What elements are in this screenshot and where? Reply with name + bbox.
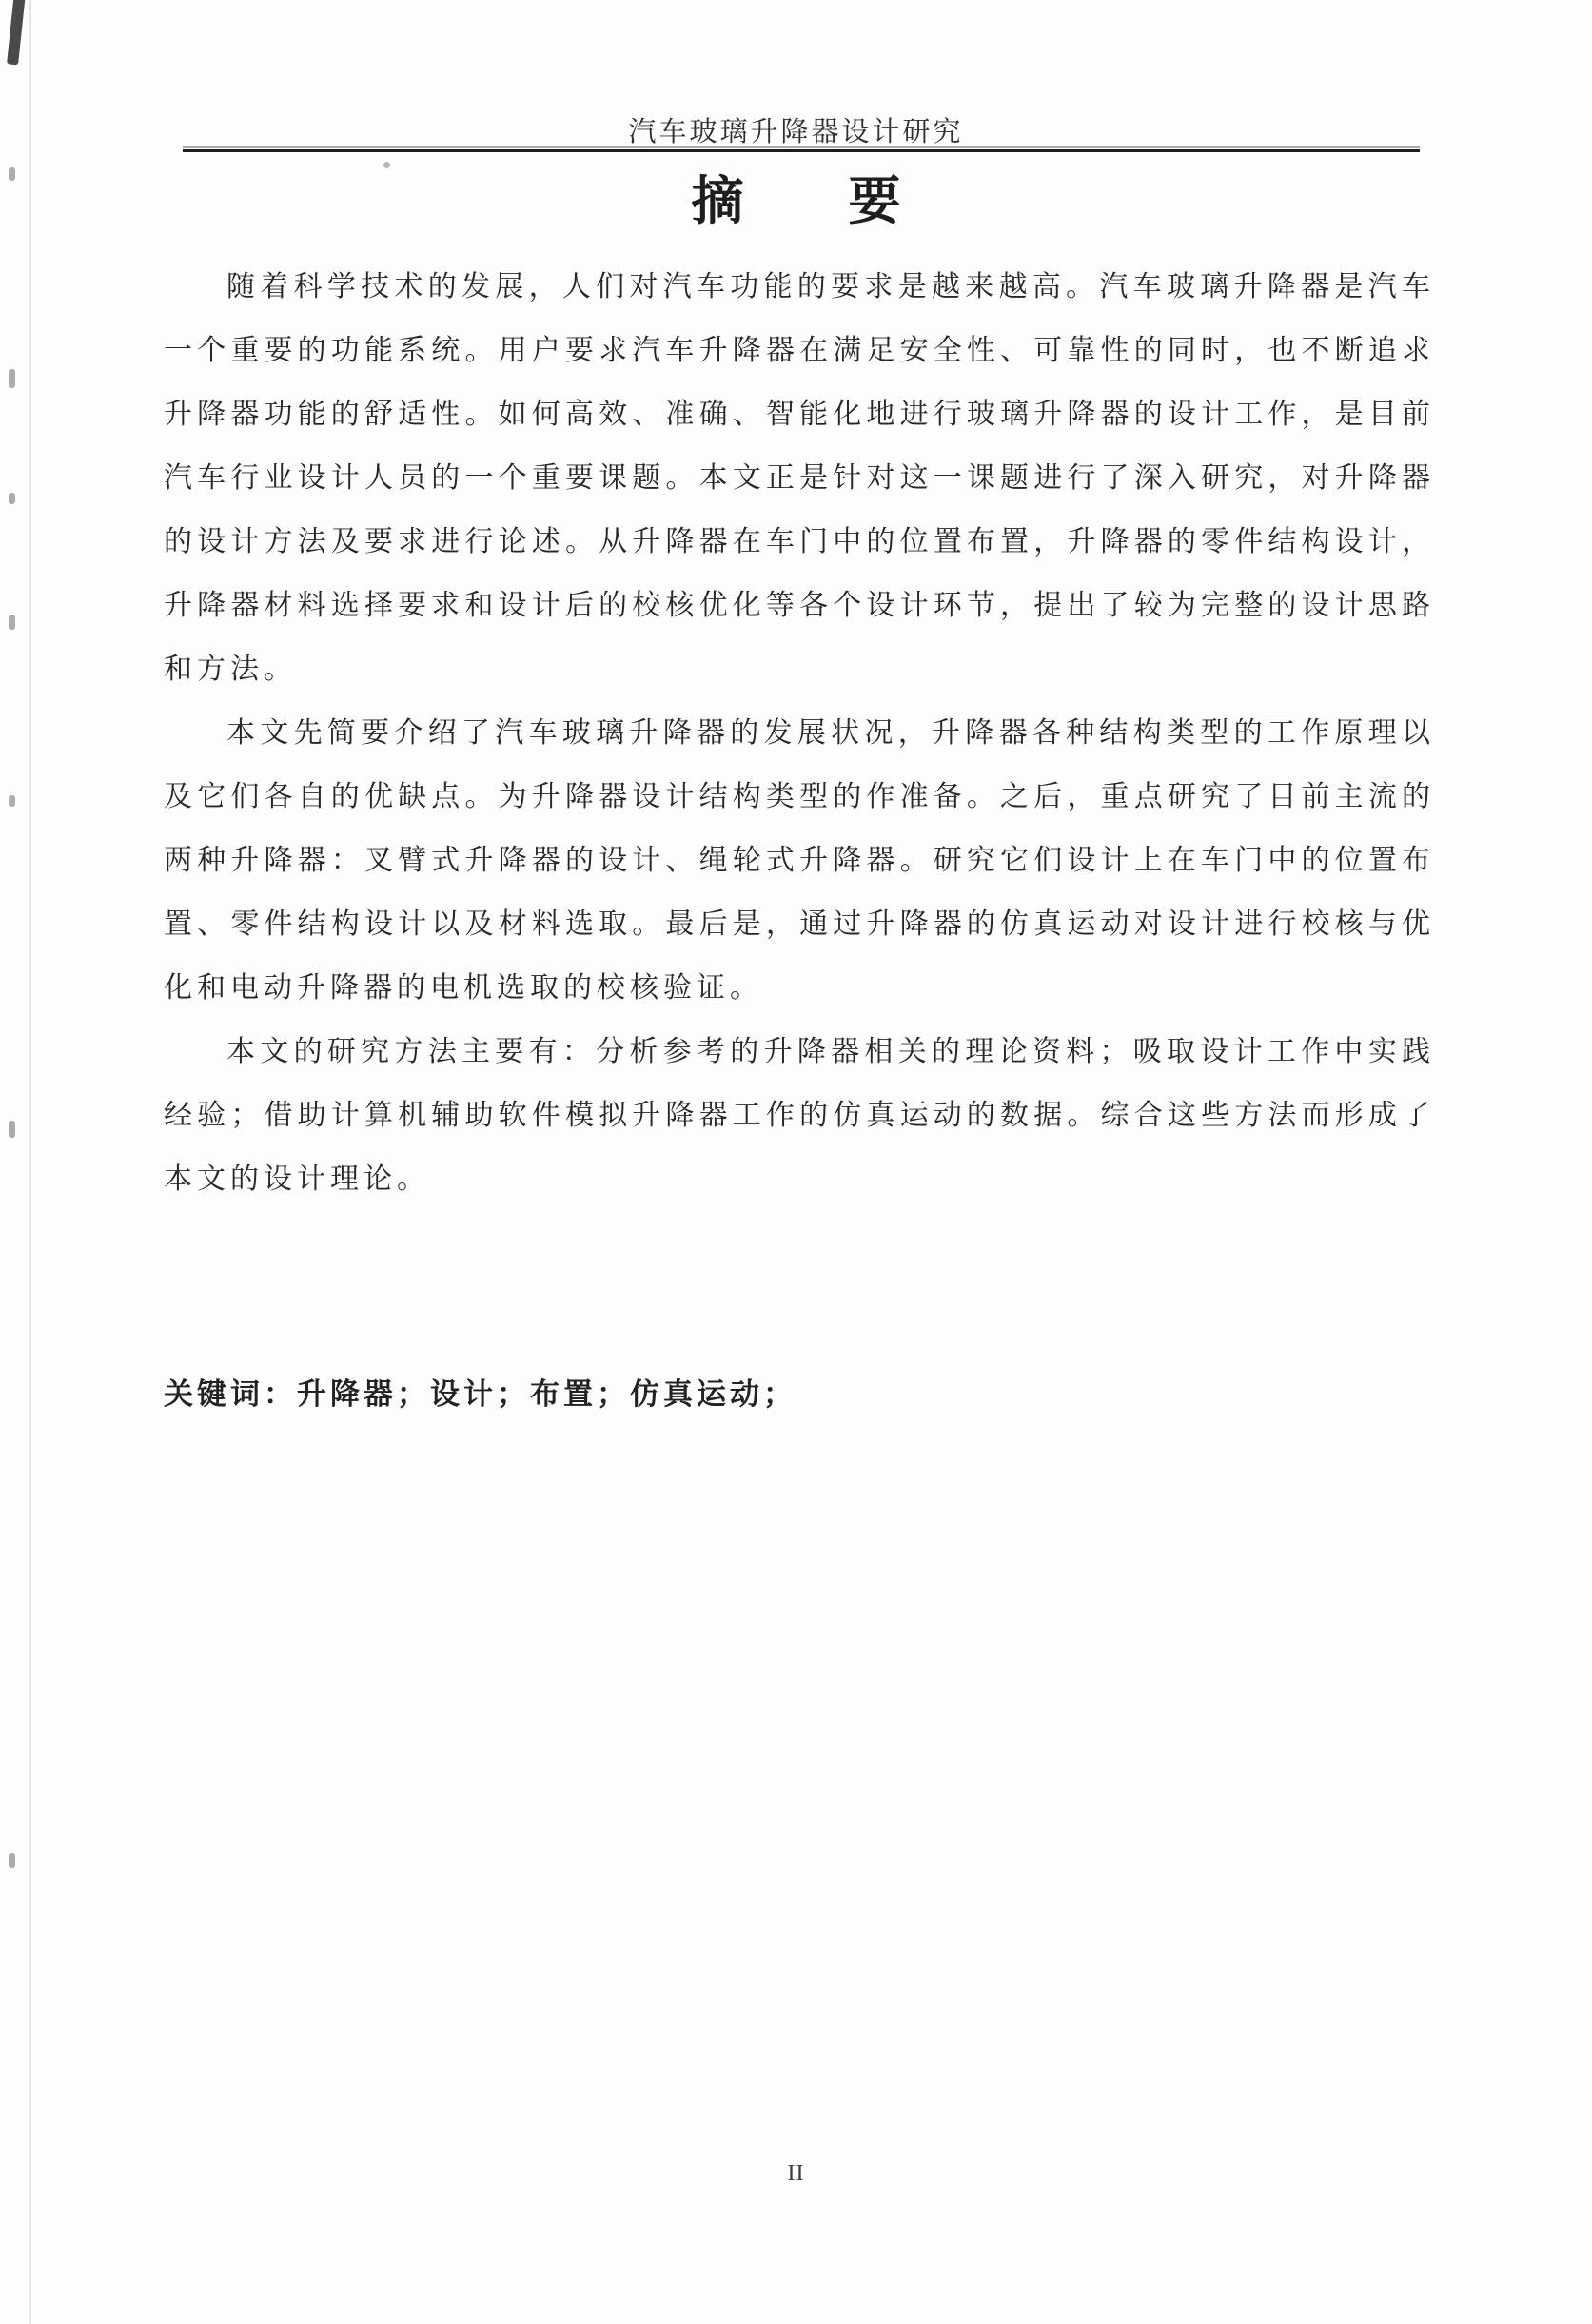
running-header: 汽车玻璃升降器设计研究 [0, 110, 1592, 149]
page-title: 摘 要 [0, 167, 1592, 236]
scan-artifact [9, 615, 15, 630]
page-number: II [0, 2161, 1592, 2187]
scan-artifact [9, 795, 15, 807]
scan-artifact [7, 0, 26, 65]
scan-artifact [9, 1121, 15, 1138]
abstract-body: 随着科学技术的发展，人们对汽车功能的要求是越来越高。汽车玻璃升降器是汽车一个重要… [164, 255, 1435, 1211]
document-page: 汽车玻璃升降器设计研究 摘 要 随着科学技术的发展，人们对汽车功能的要求是越来越… [0, 0, 1592, 2324]
abstract-paragraph: 本文先简要介绍了汽车玻璃升降器的发展状况，升降器各种结构类型的工作原理以及它们各… [164, 701, 1435, 1020]
scan-artifact [29, 0, 31, 2324]
scan-artifact [9, 493, 15, 504]
header-rule [183, 146, 1420, 152]
header-rule-line-top [183, 146, 1420, 148]
header-rule-line-bottom [183, 149, 1420, 152]
scan-artifact [9, 369, 15, 388]
scan-artifact [9, 1853, 15, 1868]
abstract-paragraph: 本文的研究方法主要有：分析参考的升降器相关的理论资料；吸取设计工作中实践经验；借… [164, 1020, 1435, 1211]
keywords-line: 关键词：升降器；设计；布置；仿真运动； [164, 1370, 796, 1413]
abstract-paragraph: 随着科学技术的发展，人们对汽车功能的要求是越来越高。汽车玻璃升降器是汽车一个重要… [164, 255, 1435, 701]
